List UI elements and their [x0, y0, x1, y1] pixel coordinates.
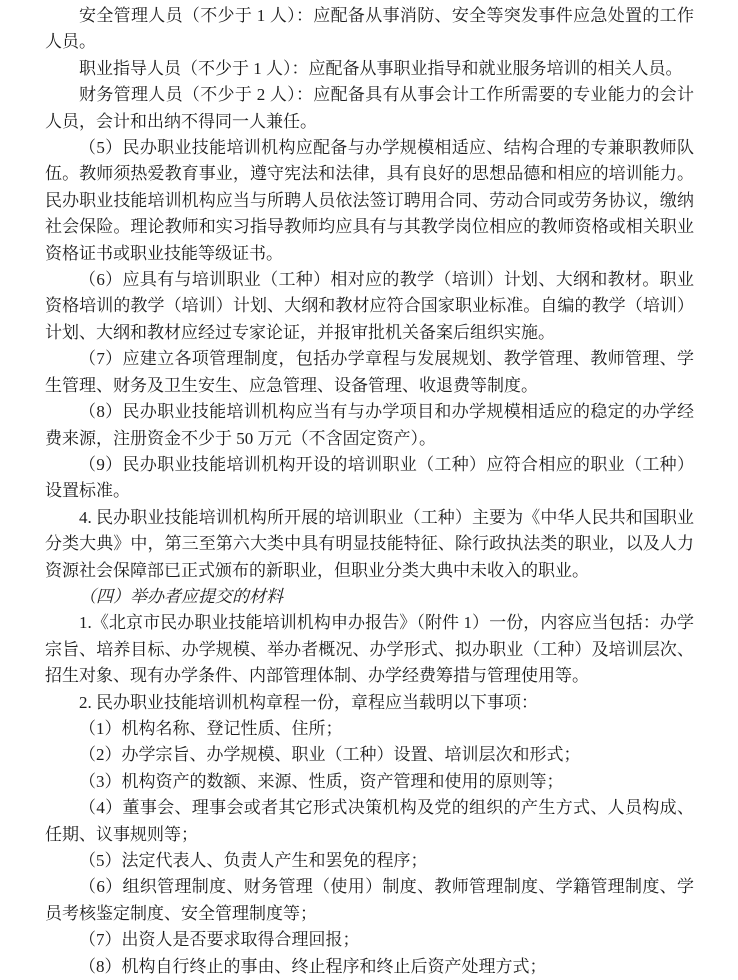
paragraph: 1.《北京市民办职业技能培训机构申办报告》（附件 1）一份，内容应当包括：办学宗…	[45, 610, 694, 689]
paragraph: （5）民办职业技能培训机构应配备与办学规模相适应、结构合理的专兼职教师队伍。教师…	[45, 135, 694, 267]
section-heading: （四）举办者应提交的材料	[45, 584, 694, 610]
paragraph: （3）机构资产的数额、来源、性质，资产管理和使用的原则等；	[45, 769, 694, 795]
paragraph: 财务管理人员（不少于 2 人）：应配备具有从事会计工作所需要的专业能力的会计人员…	[45, 82, 694, 135]
paragraph: （5）法定代表人、负责人产生和罢免的程序；	[45, 848, 694, 874]
paragraph: （6）应具有与培训职业（工种）相对应的教学（培训）计划、大纲和教材。职业资格培训…	[45, 267, 694, 346]
paragraph: （1）机构名称、登记性质、住所；	[45, 716, 694, 742]
paragraph: 安全管理人员（不少于 1 人）：应配备从事消防、安全等突发事件应急处置的工作人员…	[45, 3, 694, 56]
paragraph: （8）民办职业技能培训机构应当有与办学项目和办学规模相适应的稳定的办学经费来源，…	[45, 399, 694, 452]
paragraph: （8）机构自行终止的事由、终止程序和终止后资产处理方式；	[45, 954, 694, 980]
paragraph: 职业指导人员（不少于 1 人）：应配备从事职业指导和就业服务培训的相关人员。	[45, 56, 694, 82]
paragraph: （2）办学宗旨、办学规模、职业（工种）设置、培训层次和形式；	[45, 742, 694, 768]
paragraph: 4. 民办职业技能培训机构所开展的培训职业（工种）主要为《中华人民共和国职业分类…	[45, 505, 694, 584]
paragraph: （4）董事会、理事会或者其它形式决策机构及党的组织的产生方式、人员构成、任期、议…	[45, 795, 694, 848]
paragraph: （7）出资人是否要求取得合理回报；	[45, 927, 694, 953]
paragraph: （7）应建立各项管理制度，包括办学章程与发展规划、教学管理、教师管理、学生管理、…	[45, 346, 694, 399]
paragraph: （6）组织管理制度、财务管理（使用）制度、教师管理制度、学籍管理制度、学员考核鉴…	[45, 874, 694, 927]
paragraph: 2. 民办职业技能培训机构章程一份，章程应当载明以下事项：	[45, 690, 694, 716]
document-content: 安全管理人员（不少于 1 人）：应配备从事消防、安全等突发事件应急处置的工作人员…	[45, 3, 694, 980]
paragraph: （9）民办职业技能培训机构开设的培训职业（工种）应符合相应的职业（工种）设置标准…	[45, 452, 694, 505]
document-page: 安全管理人员（不少于 1 人）：应配备从事消防、安全等突发事件应急处置的工作人员…	[0, 0, 738, 980]
